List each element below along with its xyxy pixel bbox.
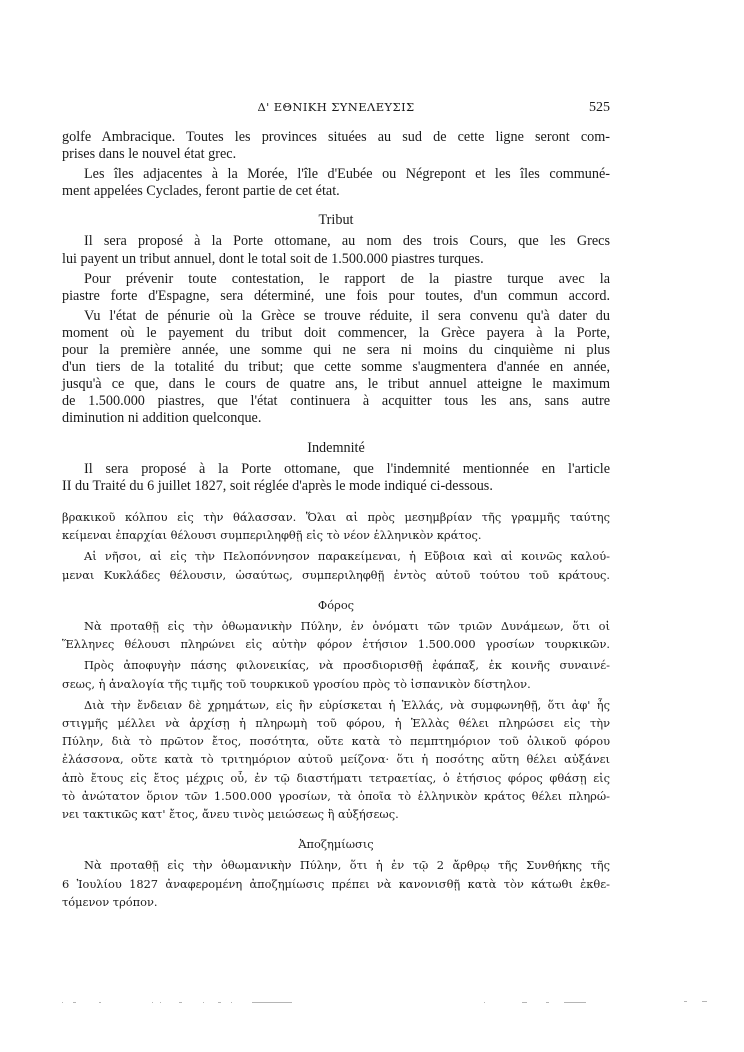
text-line: 6 Ἰουλίου 1827 ἀναφερομένη ἀποζημίωσις π… bbox=[62, 875, 610, 893]
text-line: prises dans le nouvel état grec. bbox=[62, 146, 610, 163]
greek-intro-paragraph-2: Αἱ νῆσοι, αἱ εἰς τὴν Πελοπόννησον παρακε… bbox=[62, 547, 610, 583]
text-line: pour la première année, une somme qui ne… bbox=[62, 342, 610, 359]
text-line: Vu l'état de pénurie où la Grèce se trou… bbox=[62, 308, 610, 325]
page-number: 525 bbox=[589, 100, 610, 116]
text-line: Πύλην, διὰ τὸ πρῶτον ἔτος, ποσότητα, οὔτ… bbox=[62, 732, 610, 750]
text-line: moment où le payement du tribut doit com… bbox=[62, 325, 610, 342]
document-page: Δ' ΕΘΝΙΚΗ ΣΥΝΕΛΕΥΣΙΣ 525 golfe Ambraciqu… bbox=[0, 0, 744, 1052]
text-line: ment appelées Cyclades, feront partie de… bbox=[62, 183, 610, 200]
text-line: Les îles adjacentes à la Morée, l'île d'… bbox=[62, 166, 610, 183]
text-line: golfe Ambracique. Toutes les provinces s… bbox=[62, 129, 610, 146]
section-title-indemnite: Indemnité bbox=[62, 440, 610, 457]
text-line: τόμενον τρόπον. bbox=[62, 893, 610, 911]
indemnite-paragraph-1: Il sera proposé à la Porte ottomane, que… bbox=[62, 461, 610, 495]
tribut-paragraph-2: Pour prévenir toute contestation, le rap… bbox=[62, 271, 610, 305]
text-line: piastre forte d'Espagne, sera déterminé,… bbox=[62, 288, 610, 305]
french-intro-paragraph-1: golfe Ambracique. Toutes les provinces s… bbox=[62, 129, 610, 163]
text-line: Ἕλληνες θέλουσι πληρώνει εἰς αὐτὴν φόρον… bbox=[62, 635, 610, 653]
text-line: ἀπὸ ἔτους εἰς ἔτος μέχρις οὗ, ἐν τῷ διασ… bbox=[62, 769, 610, 787]
phoros-paragraph-3: Διὰ τὴν ἔνδειαν δὲ χρημάτων, εἰς ἣν εὑρί… bbox=[62, 696, 610, 823]
text-line: jusqu'à ce que, dans le cours de quatre … bbox=[62, 376, 610, 393]
text-line: Il sera proposé à la Porte ottomane, au … bbox=[62, 233, 610, 250]
section-title-tribut: Tribut bbox=[62, 212, 610, 229]
greek-section: βρακικοῦ κόλπου εἰς τὴν θάλασσαν. Ὅλαι α… bbox=[62, 508, 610, 911]
section-title-phoros: Φόρος bbox=[62, 596, 610, 614]
text-line: σεως, ἡ ἀναλογία τῆς τιμῆς τοῦ τουρκικοῦ… bbox=[62, 675, 610, 693]
greek-intro-paragraph-1: βρακικοῦ κόλπου εἰς τὴν θάλασσαν. Ὅλαι α… bbox=[62, 508, 610, 544]
text-line: ἐλάσσονα, οὔτε κατὰ τὸ τριτημόριον αὐτοῦ… bbox=[62, 750, 610, 768]
text-line: Pour prévenir toute contestation, le rap… bbox=[62, 271, 610, 288]
text-line: τὸ ἀνώτατον ὅριον τῶν 1.500.000 γροσίων,… bbox=[62, 787, 610, 805]
page-header: Δ' ΕΘΝΙΚΗ ΣΥΝΕΛΕΥΣΙΣ 525 bbox=[62, 100, 610, 120]
section-title-apozimiosis: Ἀποζημίωσις bbox=[62, 835, 610, 853]
running-title: Δ' ΕΘΝΙΚΗ ΣΥΝΕΛΕΥΣΙΣ bbox=[62, 100, 610, 114]
text-line: νει τακτικῶς κατ' ἔτος, ἄνευ τινὸς μειώσ… bbox=[62, 805, 610, 823]
phoros-paragraph-1: Νὰ προταθῇ εἰς τὴν ὀθωμανικὴν Πύλην, ἐν … bbox=[62, 617, 610, 653]
apozimiosis-paragraph-1: Νὰ προταθῇ εἰς τὴν ὀθωμανικὴν Πύλην, ὅτι… bbox=[62, 856, 610, 911]
text-line: κείμεναι ἐπαρχίαι θέλουσι συμπεριληφθῇ ε… bbox=[62, 526, 610, 544]
french-section: golfe Ambracique. Toutes les provinces s… bbox=[62, 129, 610, 495]
french-intro-paragraph-2: Les îles adjacentes à la Morée, l'île d'… bbox=[62, 166, 610, 200]
text-line: II du Traité du 6 juillet 1827, soit rég… bbox=[62, 478, 610, 495]
text-line: στιγμῆς μέλλει νὰ ἀρχίσῃ ἡ πληρωμὴ τοῦ φ… bbox=[62, 714, 610, 732]
tribut-paragraph-3: Vu l'état de pénurie où la Grèce se trou… bbox=[62, 308, 610, 428]
text-line: Il sera proposé à la Porte ottomane, que… bbox=[62, 461, 610, 478]
scan-artifacts bbox=[0, 1002, 744, 1006]
text-line: de 1.500.000 piastres, que l'état contin… bbox=[62, 393, 610, 410]
text-line: Νὰ προταθῇ εἰς τὴν ὀθωμανικὴν Πύλην, ἐν … bbox=[62, 617, 610, 635]
text-line: βρακικοῦ κόλπου εἰς τὴν θάλασσαν. Ὅλαι α… bbox=[62, 508, 610, 526]
tribut-paragraph-1: Il sera proposé à la Porte ottomane, au … bbox=[62, 233, 610, 267]
text-line: Διὰ τὴν ἔνδειαν δὲ χρημάτων, εἰς ἣν εὑρί… bbox=[62, 696, 610, 714]
text-line: Αἱ νῆσοι, αἱ εἰς τὴν Πελοπόννησον παρακε… bbox=[62, 547, 610, 565]
text-line: μεναι Κυκλάδες θέλουσιν, ὡσαύτως, συμπερ… bbox=[62, 566, 610, 584]
text-line: Νὰ προταθῇ εἰς τὴν ὀθωμανικὴν Πύλην, ὅτι… bbox=[62, 856, 610, 874]
text-line: lui payent un tribut annuel, dont le tot… bbox=[62, 251, 610, 268]
text-line: Πρὸς ἀποφυγὴν πάσης φιλονεικίας, νὰ προσ… bbox=[62, 656, 610, 674]
text-line: d'un tiers de la totalité du tribut; que… bbox=[62, 359, 610, 376]
phoros-paragraph-2: Πρὸς ἀποφυγὴν πάσης φιλονεικίας, νὰ προσ… bbox=[62, 656, 610, 692]
text-line: diminution ni addition quelconque. bbox=[62, 410, 610, 427]
